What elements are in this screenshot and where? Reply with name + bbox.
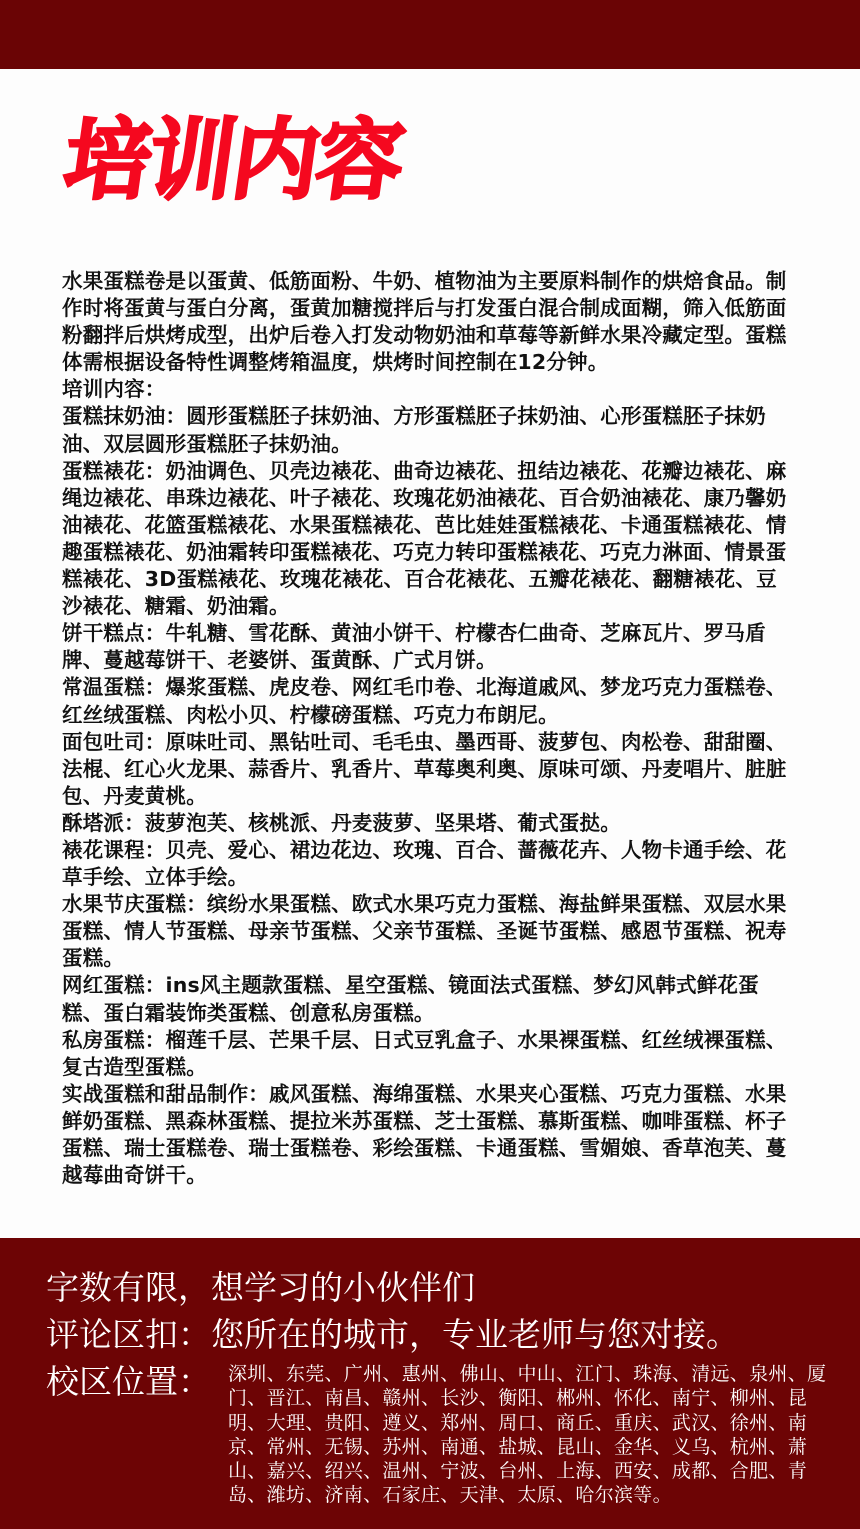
section-piping-course: 裱花课程：贝壳、爱心、裙边花边、玫瑰、百合、蔷薇花卉、人物卡通手绘、花草手绘、立… (62, 837, 792, 891)
section-tarts-pies: 酥塔派：菠萝泡芙、核桃派、丹麦菠萝、坚果塔、葡式蛋挞。 (62, 810, 792, 837)
section-category: 网红蛋糕： (62, 973, 166, 997)
section-category: 酥塔派： (62, 811, 145, 835)
section-private-cakes: 私房蛋糕：榴莲千层、芒果千层、日式豆乳盒子、水果裸蛋糕、红丝绒裸蛋糕、复古造型蛋… (62, 1027, 792, 1081)
top-banner (0, 0, 860, 69)
section-category: 常温蛋糕： (62, 675, 166, 699)
section-items: 牛轧糖、雪花酥、黄油小饼干、柠檬杏仁曲奇、芝麻瓦片、罗马盾牌、蔓越莓饼干、老婆饼… (62, 621, 766, 672)
campus-label: 校区位置： (46, 1362, 211, 1402)
section-category: 饼干糕点： (62, 621, 166, 645)
section-practical-desserts: 实战蛋糕和甜品制作：戚风蛋糕、海绵蛋糕、水果夹心蛋糕、巧克力蛋糕、水果鲜奶蛋糕、… (62, 1081, 792, 1189)
section-items: 榴莲千层、芒果千层、日式豆乳盒子、水果裸蛋糕、红丝绒裸蛋糕、复古造型蛋糕。 (62, 1028, 787, 1079)
footer-cta-line-2: 评论区扣：您所在的城市，专业老师与您对接。 (46, 1315, 739, 1355)
section-items: 菠萝泡芙、核桃派、丹麦菠萝、坚果塔、葡式蛋挞。 (145, 811, 621, 835)
course-content: 水果蛋糕卷是以蛋黄、低筋面粉、牛奶、植物油为主要原料制作的烘焙食品。制作时将蛋黄… (62, 268, 792, 1189)
page-title: 培训内容 (58, 110, 408, 212)
footer-banner: 字数有限，想学习的小伙伴们 评论区扣：您所在的城市，专业老师与您对接。 校区位置… (0, 1238, 860, 1529)
section-cream-frosting: 蛋糕抹奶油：圆形蛋糕胚子抹奶油、方形蛋糕胚子抹奶油、心形蛋糕胚子抹奶油、双层圆形… (62, 403, 792, 457)
section-items: 原味吐司、黑钻吐司、毛毛虫、墨西哥、菠萝包、肉松卷、甜甜圈、法棍、红心火龙果、蒜… (62, 730, 787, 808)
section-piping: 蛋糕裱花：奶油调色、贝壳边裱花、曲奇边裱花、扭结边裱花、花瓣边裱花、麻绳边裱花、… (62, 458, 792, 621)
intro-paragraph: 水果蛋糕卷是以蛋黄、低筋面粉、牛奶、植物油为主要原料制作的烘焙食品。制作时将蛋黄… (62, 268, 792, 376)
section-items: ins风主题款蛋糕、星空蛋糕、镜面法式蛋糕、梦幻风韩式鲜花蛋糕、蛋白霜装饰类蛋糕… (62, 973, 759, 1024)
section-festive-fruit-cakes: 水果节庆蛋糕：缤纷水果蛋糕、欧式水果巧克力蛋糕、海盐鲜果蛋糕、双层水果蛋糕、情人… (62, 891, 792, 972)
training-heading: 培训内容： (62, 376, 792, 403)
section-trendy-cakes: 网红蛋糕：ins风主题款蛋糕、星空蛋糕、镜面法式蛋糕、梦幻风韩式鲜花蛋糕、蛋白霜… (62, 972, 792, 1026)
section-category: 蛋糕裱花： (62, 459, 166, 483)
section-category: 私房蛋糕： (62, 1028, 166, 1052)
section-cookies-pastry: 饼干糕点：牛轧糖、雪花酥、黄油小饼干、柠檬杏仁曲奇、芝麻瓦片、罗马盾牌、蔓越莓饼… (62, 620, 792, 674)
section-category: 蛋糕抹奶油： (62, 404, 186, 428)
section-bread-toast: 面包吐司：原味吐司、黑钻吐司、毛毛虫、墨西哥、菠萝包、肉松卷、甜甜圈、法棍、红心… (62, 729, 792, 810)
campus-city-list: 深圳、东莞、广州、惠州、佛山、中山、江门、珠海、清远、泉州、厦门、晋江、南昌、赣… (228, 1362, 828, 1508)
footer-cta-line-1: 字数有限，想学习的小伙伴们 (46, 1268, 475, 1308)
section-category: 裱花课程： (62, 838, 166, 862)
section-category: 实战蛋糕和甜品制作： (62, 1082, 269, 1106)
section-items: 奶油调色、贝壳边裱花、曲奇边裱花、扭结边裱花、花瓣边裱花、麻绳边裱花、串珠边裱花… (62, 459, 787, 618)
section-category: 水果节庆蛋糕： (62, 892, 207, 916)
section-room-temp-cakes: 常温蛋糕：爆浆蛋糕、虎皮卷、网红毛巾卷、北海道戚风、梦龙巧克力蛋糕卷、红丝绒蛋糕… (62, 674, 792, 728)
section-category: 面包吐司： (62, 730, 166, 754)
section-items: 贝壳、爱心、裙边花边、玫瑰、百合、蔷薇花卉、人物卡通手绘、花草手绘、立体手绘。 (62, 838, 787, 889)
section-items: 爆浆蛋糕、虎皮卷、网红毛巾卷、北海道戚风、梦龙巧克力蛋糕卷、红丝绒蛋糕、肉松小贝… (62, 675, 787, 726)
